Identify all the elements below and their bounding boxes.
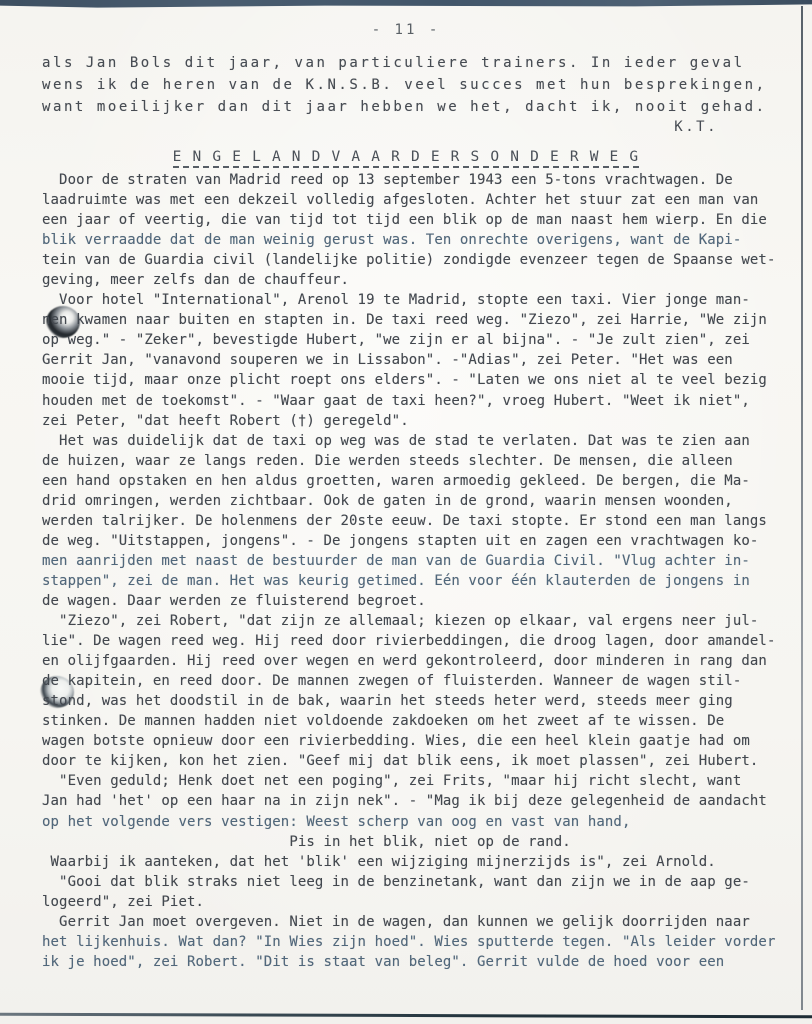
text-line: mooie tijd, maar onze plicht roept ons e… xyxy=(42,370,790,390)
article-title: E N G E L A N D V A A R D E R S O N D E … xyxy=(173,149,640,168)
text-line: de kapitein, en reed door. De mannen zwe… xyxy=(42,671,790,691)
text-line: houden met de toekomst". - "Waar gaat de… xyxy=(42,391,790,411)
text-line: Gerrit Jan, "vanavond souperen we in Lis… xyxy=(42,350,790,370)
text-line: Gerrit Jan moet overgeven. Niet in de wa… xyxy=(42,912,790,932)
text-line: Door de straten van Madrid reed op 13 se… xyxy=(42,170,790,190)
text-line: Voor hotel "International", Arenol 19 te… xyxy=(42,290,790,310)
text-line: logeerd", zei Piet. xyxy=(42,892,790,912)
text-line: wagen botste opnieuw door een rivierbedd… xyxy=(42,731,790,751)
text-line: want moeilijker dan dit jaar hebben we h… xyxy=(42,97,767,119)
text-line: Waarbij ik aanteken, dat het 'blik' een … xyxy=(42,852,790,872)
text-line: een hand opstaken en hen aldus groetten,… xyxy=(42,471,790,491)
scan-edge-bottom xyxy=(0,1013,812,1019)
text-line: stappen", zei de man. Het was keurig get… xyxy=(42,571,790,591)
text-line: als Jan Bols dit jaar, van particuliere … xyxy=(42,53,767,75)
text-line: zei Peter, "dat heeft Robert (†) geregel… xyxy=(42,411,790,431)
text-line: stinken. De mannen hadden niet voldoende… xyxy=(42,711,790,731)
text-line: ik je hoed", zei Robert. "Dit is staat v… xyxy=(42,952,790,972)
paragraph: "Ziezo", zei Robert, "dat zijn ze allema… xyxy=(42,611,790,771)
scan-edge-top xyxy=(0,0,812,8)
text-line: werden talrijker. De holenmens der 20ste… xyxy=(42,511,790,531)
paragraph: "Even geduld; Henk doet net een poging",… xyxy=(42,771,790,911)
text-line: lie". De wagen reed weg. Hij reed door r… xyxy=(42,631,790,651)
text-line: het lijkenhuis. Wat dan? "In Wies zijn h… xyxy=(42,932,790,952)
text-line: "Even geduld; Henk doet net een poging",… xyxy=(42,771,790,791)
text-line: de weg. "Uitstappen, jongens". - De jong… xyxy=(42,531,790,551)
text-line: drid omringen, werden zichtbaar. Ook de … xyxy=(42,491,790,511)
page-number: - 11 - xyxy=(0,22,812,38)
text-line: op weg." - "Zeker", bevestigde Hubert, "… xyxy=(42,330,790,350)
text-line: en olijfgaarden. Hij reed over wegen en … xyxy=(42,651,790,671)
intro-block: als Jan Bols dit jaar, van particuliere … xyxy=(42,53,767,118)
paragraph: Door de straten van Madrid reed op 13 se… xyxy=(42,170,790,290)
text-line: laadruimte was met een dekzeil volledig … xyxy=(42,190,790,210)
text-line: stond, was het doodstil in de bak, waari… xyxy=(42,691,790,711)
text-line: Pis in het blik, niet op de rand. xyxy=(42,832,790,852)
text-line: geving, meer zelfs dan de chauffeur. xyxy=(42,270,790,290)
text-line: "Gooi dat blik straks niet leeg in de be… xyxy=(42,872,790,892)
text-line: een jaar of veertig, die van tijd tot ti… xyxy=(42,210,790,230)
text-line: wens ik de heren van de K.N.S.B. veel su… xyxy=(42,75,767,97)
paragraph: Het was duidelijk dat de taxi op weg was… xyxy=(42,431,790,611)
text-line: op het volgende vers vestigen: Weest sch… xyxy=(42,812,790,832)
text-line: tein van de Guardia civil (landelijke po… xyxy=(42,250,790,270)
text-line: de huizen, waar ze langs reden. Die werd… xyxy=(42,451,790,471)
paragraph: Gerrit Jan moet overgeven. Niet in de wa… xyxy=(42,912,790,972)
text-line: de wagen. Daar werden ze fluisterend beg… xyxy=(42,591,790,611)
text-line: Het was duidelijk dat de taxi op weg was… xyxy=(42,431,790,451)
author-initials: K.T. xyxy=(42,119,718,135)
text-line: nen kwamen naar buiten en stapten in. De… xyxy=(42,310,790,330)
text-line: "Ziezo", zei Robert, "dat zijn ze allema… xyxy=(42,611,790,631)
text-line: men aanrijden met naast de bestuurder de… xyxy=(42,551,790,571)
article-title-wrap: E N G E L A N D V A A R D E R S O N D E … xyxy=(0,146,812,168)
text-line: blik verraadde dat de man weinig gerust … xyxy=(42,230,790,250)
paragraph: Voor hotel "International", Arenol 19 te… xyxy=(42,290,790,430)
article-body: Door de straten van Madrid reed op 13 se… xyxy=(42,170,790,972)
text-line: door te kijken, kon het zien. "Geef mij … xyxy=(42,751,790,771)
scanned-document-page: { "page": { "number": "- 11 -", "initial… xyxy=(0,0,812,1024)
text-line: Jan had 'het' op een haar na in zijn nek… xyxy=(42,791,790,811)
